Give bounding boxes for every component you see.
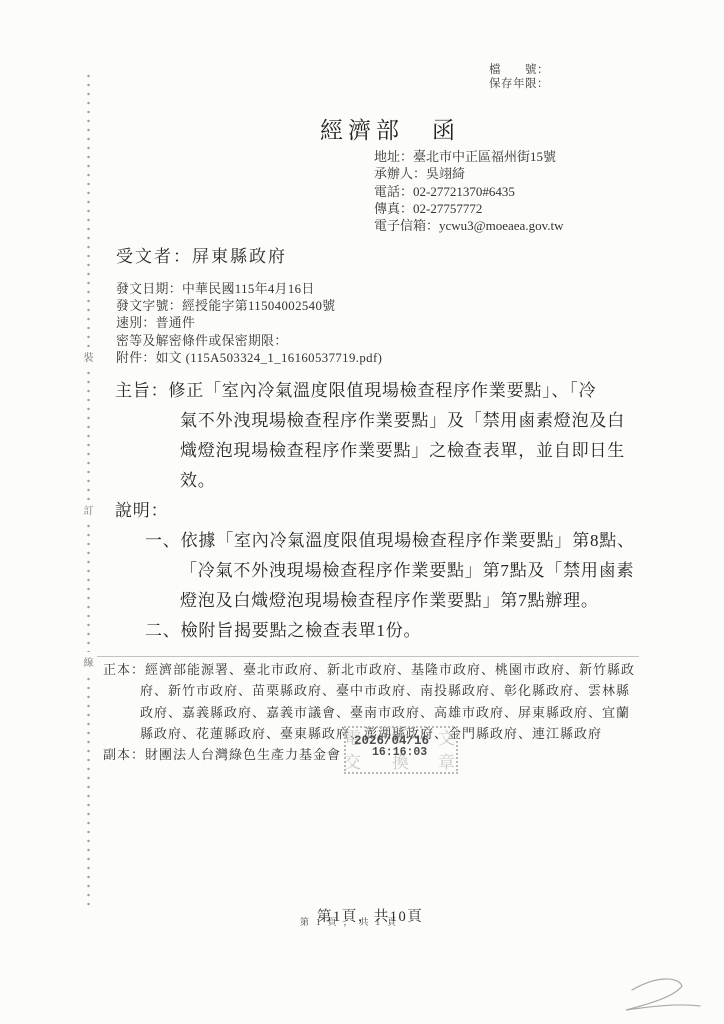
official-letter-page: 裝 訂 線 檔 號： 保存年限： 經濟部 函 地址：臺北市中正區福州街15號 承… bbox=[0, 0, 724, 1024]
speed-class: 速別：普通件 bbox=[116, 315, 382, 332]
recipient-line: 受文者：屏東縣政府 bbox=[116, 242, 287, 267]
sender-address: 地址：臺北市中正區福州街15號 bbox=[374, 148, 563, 165]
original-recipients-line: 政府、嘉義縣政府、嘉義市議會、臺南市政府、高雄市政府、屏東縣政府、宜蘭 bbox=[103, 702, 648, 723]
file-number-label: 檔 號： bbox=[489, 64, 549, 78]
explanation-item: 一、依據「室內冷氣溫度限值現場檢查程序作業要點」第8點、 bbox=[115, 526, 635, 556]
sender-contact-person: 承辦人：吳翊綺 bbox=[374, 165, 563, 182]
binding-dotted-line bbox=[87, 74, 90, 906]
explanation-item: 二、檢附旨揭要點之檢查表單1份。 bbox=[115, 616, 635, 646]
subject-line: 氣不外洩現場檢查程序作業要點」及「禁用鹵素燈泡及白 bbox=[115, 406, 635, 436]
security-class: 密等及解密條件或保密期限： bbox=[116, 333, 382, 350]
stamp-char: 文 bbox=[438, 730, 455, 747]
retention-period-label: 保存年限： bbox=[489, 78, 549, 92]
subject-paragraph: 主旨：修正「室內冷氣溫度限值現場檢查程序作業要點」、「冷 氣不外洩現場檢查程序作… bbox=[115, 376, 635, 496]
binding-mark-ding: 訂 bbox=[81, 500, 96, 519]
explanation-paragraph: 說明： 一、依據「室內冷氣溫度限值現場檢查程序作業要點」第8點、 「冷氣不外洩現… bbox=[115, 496, 635, 646]
explanation-heading: 說明： bbox=[115, 496, 635, 526]
stamp-char: 章 bbox=[438, 754, 455, 771]
section-divider bbox=[97, 656, 639, 657]
issue-meta-block: 發文日期：中華民國115年4月16日 發文字號：經授能字第11504002540… bbox=[116, 281, 382, 367]
original-recipients-line: 府、新竹市政府、苗栗縣政府、臺中市政府、南投縣政府、彰化縣政府、雲林縣 bbox=[103, 680, 648, 701]
stamp-time: 16:16:03 bbox=[372, 746, 427, 759]
subject-line: 熾燈泡現場檢查程序作業要點」之檢查表單，並自即日生 bbox=[115, 436, 635, 466]
original-recipients-line: 正本：經濟部能源署、臺北市政府、新北市政府、基隆市政府、桃園市政府、新竹縣政 bbox=[103, 659, 648, 680]
attachment-note: 附件：如文 (115A503324_1_16160537719.pdf) bbox=[116, 350, 382, 367]
subject-line: 效。 bbox=[115, 466, 635, 496]
explanation-item-cont: 燈泡及白熾燈泡現場檢查程序作業要點」第7點辦理。 bbox=[115, 586, 635, 616]
binding-mark-xian: 線 bbox=[81, 652, 96, 671]
explanation-item-cont: 「冷氣不外洩現場檢查程序作業要點」第7點及「禁用鹵素 bbox=[115, 556, 635, 586]
pen-scribble-mark bbox=[618, 970, 718, 1022]
document-title: 經濟部 函 bbox=[240, 112, 540, 145]
sender-fax: 傳真：02-27757772 bbox=[374, 200, 563, 217]
sender-email: 電子信箱：ycwu3@moeaea.gov.tw bbox=[374, 217, 563, 234]
sender-info-block: 地址：臺北市中正區福州街15號 承辦人：吳翊綺 電話：02-27721370#6… bbox=[374, 148, 563, 234]
issue-date: 發文日期：中華民國115年4月16日 bbox=[116, 281, 382, 298]
page-number: 第1頁，共10頁 bbox=[317, 905, 423, 926]
sender-phone: 電話：02-27721370#6435 bbox=[374, 183, 563, 200]
file-number-block: 檔 號： 保存年限： bbox=[489, 64, 549, 91]
stamp-char: 交 bbox=[344, 754, 361, 771]
binding-mark-zhuang: 裝 bbox=[81, 347, 96, 366]
subject-line: 主旨：修正「室內冷氣溫度限值現場檢查程序作業要點」、「冷 bbox=[115, 376, 635, 406]
electronic-exchange-stamp: 電 子 文 交 換 章 2026/04/16 16:16:03 bbox=[344, 726, 458, 774]
issue-number: 發文字號：經授能字第11504002540號 bbox=[116, 298, 382, 315]
